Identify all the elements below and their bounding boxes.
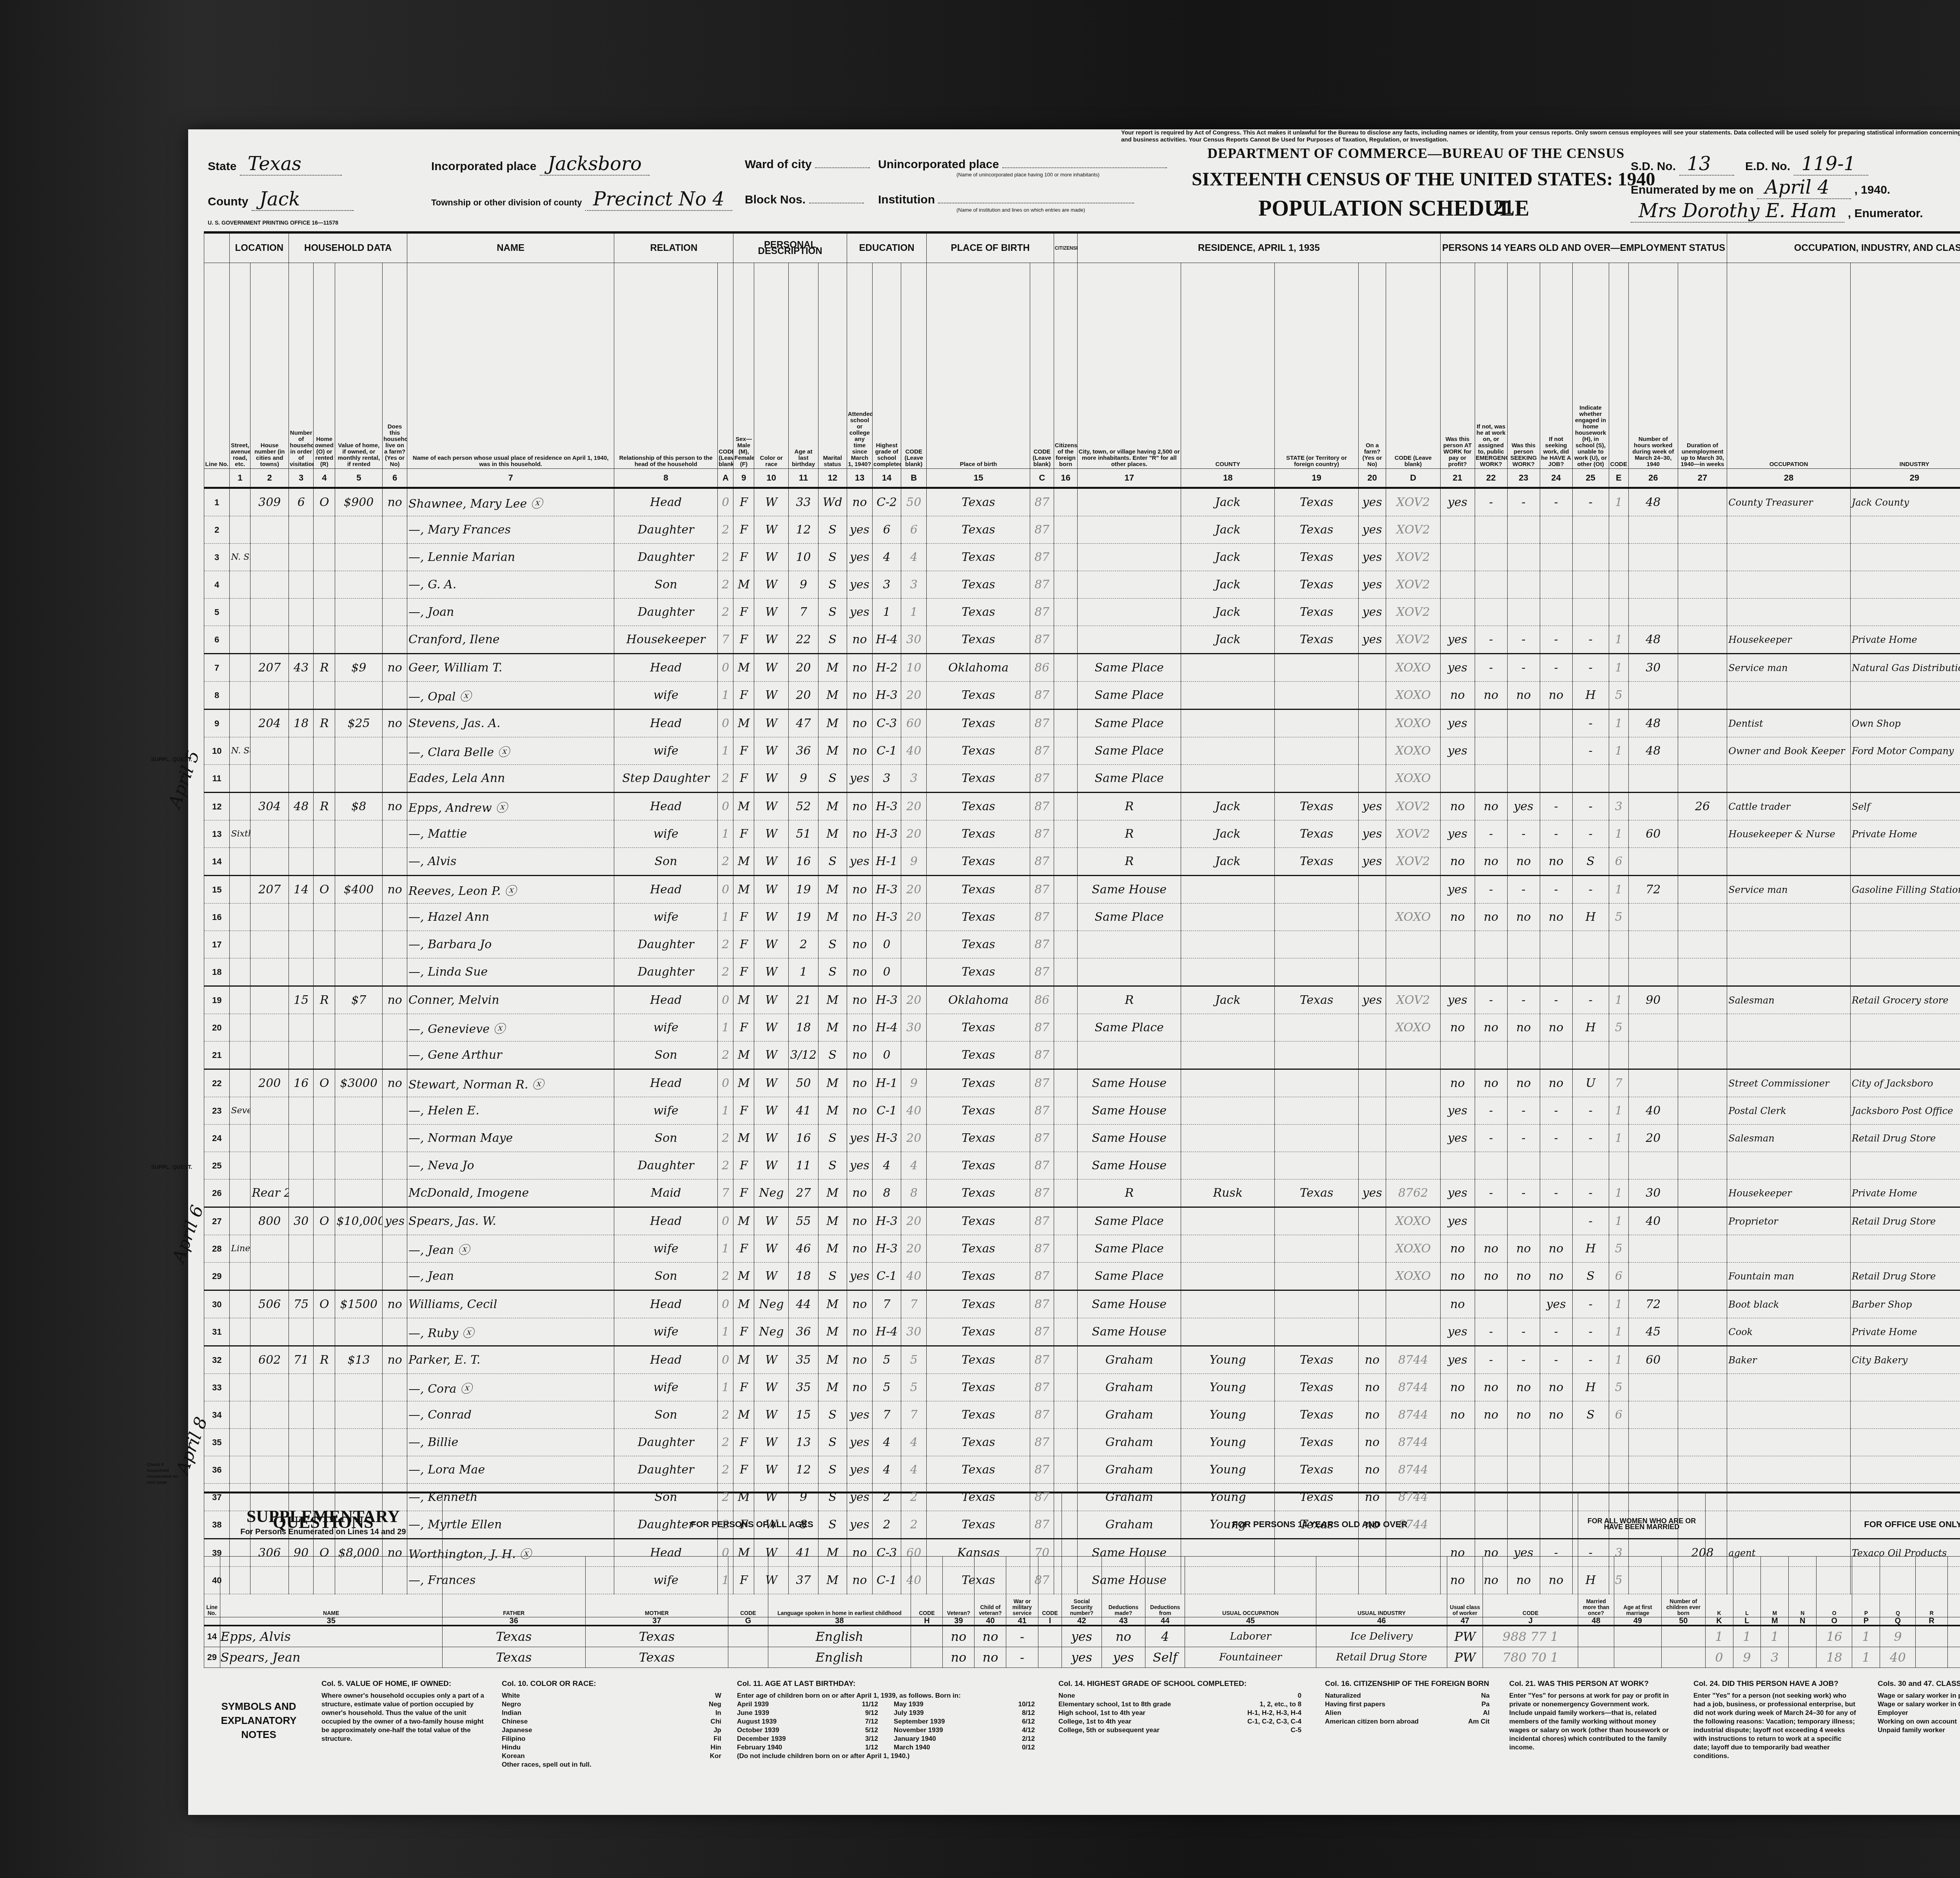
cell-name: —, Conrad bbox=[407, 1401, 614, 1429]
cell-mar: S bbox=[818, 1456, 847, 1484]
cell-grade: 0 bbox=[873, 958, 901, 986]
cell-birth: Texas bbox=[927, 848, 1030, 876]
column-header: INDUSTRY bbox=[1850, 263, 1960, 469]
cell-res-state bbox=[1275, 1069, 1359, 1097]
supp-cell-line: 14 bbox=[204, 1626, 220, 1647]
cell-name: —, Mattie bbox=[407, 820, 614, 848]
cell-b: 60 bbox=[901, 709, 927, 737]
cell-sex: F bbox=[733, 1235, 754, 1263]
supp-column-header: N bbox=[1789, 1557, 1817, 1617]
supp-column-number: 37 bbox=[585, 1617, 728, 1626]
cell-farm bbox=[383, 571, 407, 599]
cell-mar: S bbox=[818, 544, 847, 571]
cell-cit bbox=[1054, 654, 1077, 682]
cell-e: 1 bbox=[1609, 1318, 1628, 1346]
cell-occ: Salesman bbox=[1727, 1125, 1850, 1152]
cell-a: 1 bbox=[718, 904, 733, 931]
cell-res-farm bbox=[1358, 1097, 1386, 1125]
cell-c21 bbox=[1440, 765, 1475, 793]
cell-name: —, Linda Sue bbox=[407, 958, 614, 986]
supp-column-number: 45 bbox=[1185, 1617, 1316, 1626]
cell-b: 6 bbox=[901, 516, 927, 544]
cell-c23 bbox=[1507, 516, 1540, 544]
cell-value bbox=[335, 1014, 383, 1042]
cell-grade: H-4 bbox=[873, 626, 901, 654]
column-number: C bbox=[1030, 469, 1054, 488]
cell-c21: no bbox=[1440, 1401, 1475, 1429]
cell-e bbox=[1609, 599, 1628, 626]
cell-a: 2 bbox=[718, 544, 733, 571]
cell-own bbox=[314, 1179, 335, 1207]
cell-line: 28 bbox=[204, 1235, 230, 1263]
cell-grade: C-1 bbox=[873, 737, 901, 765]
cell-mar: M bbox=[818, 876, 847, 904]
column-header: Sex—Male (M), Female (F) bbox=[733, 263, 754, 469]
column-header: STATE (or Territory or foreign country) bbox=[1275, 263, 1359, 469]
cell-birth: Texas bbox=[927, 682, 1030, 709]
cell-sch: yes bbox=[847, 571, 872, 599]
cell-c: 87 bbox=[1030, 1263, 1054, 1290]
cell-e bbox=[1609, 931, 1628, 958]
cell-own: R bbox=[314, 709, 335, 737]
cell-b: 9 bbox=[901, 848, 927, 876]
cell-res-city bbox=[1078, 626, 1181, 654]
cell-c24: - bbox=[1540, 626, 1572, 654]
legend-item: November 19394/12 bbox=[894, 1726, 1035, 1735]
cell-hours: 20 bbox=[1628, 1125, 1678, 1152]
supp-cell-from: 4 bbox=[1145, 1626, 1185, 1647]
cell-value bbox=[335, 848, 383, 876]
cell-b: 20 bbox=[901, 904, 927, 931]
supp-column-header: War or military service bbox=[1006, 1557, 1038, 1617]
cell-d: XOXO bbox=[1386, 737, 1440, 765]
table-row: 2780030O$10,000yesSpears, Jas. W.Head0MW… bbox=[204, 1207, 1960, 1235]
cell-res-county bbox=[1181, 1152, 1275, 1179]
cell-b bbox=[901, 1042, 927, 1069]
cell-farm: no bbox=[383, 1290, 407, 1318]
cell-c25 bbox=[1572, 958, 1609, 986]
cell-unemp bbox=[1678, 986, 1727, 1014]
cell-sch: no bbox=[847, 1290, 872, 1318]
cell-res-farm bbox=[1358, 931, 1386, 958]
cell-c25: S bbox=[1572, 1401, 1609, 1429]
cell-a: 1 bbox=[718, 682, 733, 709]
cell-c21 bbox=[1440, 516, 1475, 544]
column-number: 19 bbox=[1275, 469, 1359, 488]
cell-cit bbox=[1054, 1152, 1077, 1179]
cell-race: W bbox=[754, 571, 789, 599]
cell-hh bbox=[289, 904, 314, 931]
cell-unemp bbox=[1678, 1290, 1727, 1318]
cell-grade: 0 bbox=[873, 931, 901, 958]
cell-c25: H bbox=[1572, 1014, 1609, 1042]
cell-farm bbox=[383, 765, 407, 793]
supp-column-number: 47 bbox=[1447, 1617, 1483, 1626]
cell-c25: - bbox=[1572, 1125, 1609, 1152]
cell-street bbox=[230, 1152, 250, 1179]
cell-line: 11 bbox=[204, 765, 230, 793]
column-number: 1 bbox=[230, 469, 250, 488]
cell-farm bbox=[383, 931, 407, 958]
cell-ind: Private Home bbox=[1850, 820, 1960, 848]
cell-c25 bbox=[1572, 599, 1609, 626]
cell-farm bbox=[383, 737, 407, 765]
cell-age: 41 bbox=[789, 1097, 818, 1125]
supp-column-header: P bbox=[1852, 1557, 1880, 1617]
supp-column-header: Deductions from bbox=[1145, 1557, 1185, 1617]
cell-unemp: 26 bbox=[1678, 793, 1727, 820]
cell-race: W bbox=[754, 682, 789, 709]
cell-age: 9 bbox=[789, 571, 818, 599]
cell-grade: 4 bbox=[873, 1456, 901, 1484]
cell-street bbox=[230, 848, 250, 876]
column-header: House number (in cities and towns) bbox=[250, 263, 289, 469]
cell-a: 7 bbox=[718, 626, 733, 654]
cell-c24 bbox=[1540, 599, 1572, 626]
cell-b: 20 bbox=[901, 682, 927, 709]
cell-c23 bbox=[1507, 1290, 1540, 1318]
cell-birth: Texas bbox=[927, 599, 1030, 626]
cell-res-city: R bbox=[1078, 848, 1181, 876]
cell-street bbox=[230, 1263, 250, 1290]
cell-house bbox=[250, 516, 289, 544]
cell-res-farm bbox=[1358, 1042, 1386, 1069]
cell-age: 44 bbox=[789, 1290, 818, 1318]
cell-house: 200 bbox=[250, 1069, 289, 1097]
supp-column-header: Deductions made? bbox=[1102, 1557, 1145, 1617]
cell-c23 bbox=[1507, 1429, 1540, 1456]
table-row: 28Line Oak—, Jean ⓧwife1FW46MnoH-320Texa… bbox=[204, 1235, 1960, 1263]
cell-own bbox=[314, 820, 335, 848]
cell-sex: F bbox=[733, 737, 754, 765]
column-number: 5 bbox=[335, 469, 383, 488]
cell-ind bbox=[1850, 1042, 1960, 1069]
cell-rel: Maid bbox=[614, 1179, 718, 1207]
cell-mar: M bbox=[818, 1290, 847, 1318]
cell-b: 4 bbox=[901, 1152, 927, 1179]
cell-mar: M bbox=[818, 1179, 847, 1207]
cell-b: 40 bbox=[901, 737, 927, 765]
supp-cell-mother: Texas bbox=[585, 1647, 728, 1668]
cell-house bbox=[250, 571, 289, 599]
legend-item: Unpaid family workerNP bbox=[1878, 1726, 1960, 1735]
cell-cit bbox=[1054, 709, 1077, 737]
sd-field: S.D. No. 13 E.D. No. 119-1 bbox=[1631, 153, 1868, 176]
supp-cell-lang: English bbox=[768, 1626, 911, 1647]
cell-line: 19 bbox=[204, 986, 230, 1014]
cell-ind: Retail Drug Store bbox=[1850, 1125, 1960, 1152]
cell-c22: no bbox=[1475, 1263, 1507, 1290]
cell-occ bbox=[1727, 1014, 1850, 1042]
cell-race: W bbox=[754, 1042, 789, 1069]
cell-c25 bbox=[1572, 1429, 1609, 1456]
cell-birth: Texas bbox=[927, 544, 1030, 571]
cell-c21: yes bbox=[1440, 1097, 1475, 1125]
legend-item: Elementary school, 1st to 8th grade1, 2,… bbox=[1058, 1700, 1301, 1709]
cell-age: 2 bbox=[789, 931, 818, 958]
cell-res-city: Same House bbox=[1078, 1318, 1181, 1346]
cell-unemp bbox=[1678, 682, 1727, 709]
cell-c22: - bbox=[1475, 1318, 1507, 1346]
column-number: 28 bbox=[1727, 469, 1850, 488]
supp-cell-i bbox=[1038, 1626, 1062, 1647]
cell-c23 bbox=[1507, 571, 1540, 599]
cell-res-city: R bbox=[1078, 1179, 1181, 1207]
cell-grade: 4 bbox=[873, 1429, 901, 1456]
cell-c23: no bbox=[1507, 682, 1540, 709]
cell-c24: no bbox=[1540, 904, 1572, 931]
cell-c21: yes bbox=[1440, 1179, 1475, 1207]
cell-value: $25 bbox=[335, 709, 383, 737]
cell-c24: no bbox=[1540, 848, 1572, 876]
supp-cell-o: 16 bbox=[1817, 1626, 1852, 1647]
cell-b: 3 bbox=[901, 765, 927, 793]
cell-c25: - bbox=[1572, 737, 1609, 765]
cell-c: 87 bbox=[1030, 958, 1054, 986]
cell-name: —, Mary Frances bbox=[407, 516, 614, 544]
cell-street bbox=[230, 1346, 250, 1374]
cell-c21: yes bbox=[1440, 626, 1475, 654]
cell-sch: yes bbox=[847, 599, 872, 626]
cell-name: Reeves, Leon P. ⓧ bbox=[407, 876, 614, 904]
cell-sex: F bbox=[733, 1097, 754, 1125]
cell-res-city bbox=[1078, 571, 1181, 599]
cell-unemp bbox=[1678, 1374, 1727, 1401]
cell-ind bbox=[1850, 544, 1960, 571]
cell-house bbox=[250, 1429, 289, 1456]
cell-name: McDonald, Imogene bbox=[407, 1179, 614, 1207]
cell-sex: M bbox=[733, 876, 754, 904]
cell-ind bbox=[1850, 1014, 1960, 1042]
cell-unemp bbox=[1678, 1014, 1727, 1042]
cell-res-city: Graham bbox=[1078, 1374, 1181, 1401]
cell-res-state bbox=[1275, 1042, 1359, 1069]
cell-line: 1 bbox=[204, 488, 230, 516]
cell-grade: 4 bbox=[873, 544, 901, 571]
cell-res-city: Same Place bbox=[1078, 1207, 1181, 1235]
cell-mar: M bbox=[818, 1235, 847, 1263]
cell-sex: F bbox=[733, 1429, 754, 1456]
cell-own bbox=[314, 1152, 335, 1179]
cell-house bbox=[250, 1042, 289, 1069]
department-title: DEPARTMENT OF COMMERCE—BUREAU OF THE CEN… bbox=[1207, 145, 1624, 161]
cell-house: 506 bbox=[250, 1290, 289, 1318]
cell-line: 2 bbox=[204, 516, 230, 544]
cell-c23 bbox=[1507, 1152, 1540, 1179]
cell-ind: Natural Gas Distribution bbox=[1850, 654, 1960, 682]
cell-c24 bbox=[1540, 1207, 1572, 1235]
cell-c22 bbox=[1475, 1290, 1507, 1318]
cell-line: 32 bbox=[204, 1346, 230, 1374]
cell-mar: S bbox=[818, 1125, 847, 1152]
legend-item: FilipinoFil bbox=[502, 1735, 721, 1743]
supp-cell-war: - bbox=[1006, 1647, 1038, 1668]
supp-cell-h bbox=[911, 1626, 943, 1647]
cell-house bbox=[250, 1125, 289, 1152]
enumerator-field: Mrs Dorothy E. Ham , Enumerator. bbox=[1631, 200, 1923, 223]
cell-hh bbox=[289, 1235, 314, 1263]
cell-sex: M bbox=[733, 1401, 754, 1429]
cell-line: 35 bbox=[204, 1429, 230, 1456]
cell-sex: F bbox=[733, 488, 754, 516]
cell-own bbox=[314, 1263, 335, 1290]
cell-race: W bbox=[754, 876, 789, 904]
cell-name: —, Opal ⓧ bbox=[407, 682, 614, 709]
table-row: 10N. Seventh—, Clara Belle ⓧwife1FW36Mno… bbox=[204, 737, 1960, 765]
cell-occ: Boot black bbox=[1727, 1290, 1850, 1318]
cell-res-state: Texas bbox=[1275, 1179, 1359, 1207]
cell-house: 309 bbox=[250, 488, 289, 516]
cell-occ: Housekeeper bbox=[1727, 626, 1850, 654]
cell-c25: - bbox=[1572, 1097, 1609, 1125]
cell-d bbox=[1386, 1152, 1440, 1179]
cell-name: Conner, Melvin bbox=[407, 986, 614, 1014]
cell-birth: Texas bbox=[927, 1346, 1030, 1374]
cell-mar: S bbox=[818, 1152, 847, 1179]
cell-sch: no bbox=[847, 904, 872, 931]
cell-occ bbox=[1727, 1152, 1850, 1179]
cell-farm bbox=[383, 1152, 407, 1179]
township-value: Precinct No 4 bbox=[585, 188, 732, 211]
cell-c21: no bbox=[1440, 1014, 1475, 1042]
group-location: LOCATION bbox=[230, 234, 289, 263]
cell-res-city: Same House bbox=[1078, 1290, 1181, 1318]
cell-unemp bbox=[1678, 737, 1727, 765]
cell-ind: Private Home bbox=[1850, 626, 1960, 654]
cell-age: 19 bbox=[789, 904, 818, 931]
group-education: EDUCATION bbox=[847, 234, 927, 263]
cell-line: 22 bbox=[204, 1069, 230, 1097]
cell-c: 87 bbox=[1030, 1207, 1054, 1235]
cell-c: 87 bbox=[1030, 1401, 1054, 1429]
cell-value: $7 bbox=[335, 986, 383, 1014]
table-row: 6Cranford, IleneHousekeeper7FW22SnoH-430… bbox=[204, 626, 1960, 654]
cell-hh: 16 bbox=[289, 1069, 314, 1097]
cell-ind bbox=[1850, 765, 1960, 793]
cell-sch: no bbox=[847, 1069, 872, 1097]
cell-c22: - bbox=[1475, 626, 1507, 654]
cell-hours bbox=[1628, 1456, 1678, 1484]
cell-hours: 72 bbox=[1628, 876, 1678, 904]
table-row: 8—, Opal ⓧwife1FW20MnoH-320Texas87Same P… bbox=[204, 682, 1960, 709]
cell-line: 18 bbox=[204, 958, 230, 986]
cell-value: $3000 bbox=[335, 1069, 383, 1097]
cell-value bbox=[335, 626, 383, 654]
cell-value: $1500 bbox=[335, 1290, 383, 1318]
cell-house bbox=[250, 1097, 289, 1125]
cell-c21: no bbox=[1440, 793, 1475, 820]
supp-cell-name: Spears, Jean bbox=[220, 1647, 442, 1668]
cell-res-county: Jack bbox=[1181, 516, 1275, 544]
cell-res-state bbox=[1275, 958, 1359, 986]
cell-birth: Texas bbox=[927, 904, 1030, 931]
cell-res-farm: yes bbox=[1358, 1179, 1386, 1207]
table-row: 13096O$900noShawnee, Mary Lee ⓧHead0FW33… bbox=[204, 488, 1960, 516]
cell-sex: F bbox=[733, 1179, 754, 1207]
cell-birth: Texas bbox=[927, 931, 1030, 958]
cell-e bbox=[1609, 765, 1628, 793]
cell-occ: Street Commissioner bbox=[1727, 1069, 1850, 1097]
cell-c24: - bbox=[1540, 1346, 1572, 1374]
cell-age: 7 bbox=[789, 599, 818, 626]
cell-house bbox=[250, 599, 289, 626]
cell-own bbox=[314, 1429, 335, 1456]
cell-c: 87 bbox=[1030, 488, 1054, 516]
cell-res-city: Graham bbox=[1078, 1456, 1181, 1484]
cell-a: 0 bbox=[718, 709, 733, 737]
cell-birth: Texas bbox=[927, 1014, 1030, 1042]
note-col5: Col. 5. VALUE OF HOME, IF OWNED: Where o… bbox=[321, 1680, 486, 1743]
cell-own: R bbox=[314, 986, 335, 1014]
cell-unemp bbox=[1678, 1401, 1727, 1429]
cell-sex: F bbox=[733, 958, 754, 986]
cell-c21: no bbox=[1440, 682, 1475, 709]
cell-res-county: Jack bbox=[1181, 544, 1275, 571]
column-header: CODE (Leave blank) bbox=[1386, 263, 1440, 469]
cell-res-state bbox=[1275, 709, 1359, 737]
cell-race: W bbox=[754, 848, 789, 876]
cell-grade: 1 bbox=[873, 599, 901, 626]
cell-age: 55 bbox=[789, 1207, 818, 1235]
cell-hh: 48 bbox=[289, 793, 314, 820]
cell-c22: - bbox=[1475, 820, 1507, 848]
supp-cell-h bbox=[911, 1647, 943, 1668]
table-row: 3260271R$13noParker, E. T.Head0MW35Mno55… bbox=[204, 1346, 1960, 1374]
cell-sex: F bbox=[733, 599, 754, 626]
cell-hh bbox=[289, 682, 314, 709]
cell-a: 2 bbox=[718, 516, 733, 544]
cell-rel: Head bbox=[614, 654, 718, 682]
cell-a: 0 bbox=[718, 1346, 733, 1374]
cell-c22: no bbox=[1475, 1014, 1507, 1042]
cell-name: —, Joan bbox=[407, 599, 614, 626]
cell-sex: F bbox=[733, 1014, 754, 1042]
cell-res-state bbox=[1275, 765, 1359, 793]
cell-e: 1 bbox=[1609, 1346, 1628, 1374]
cell-hh bbox=[289, 1374, 314, 1401]
cell-value bbox=[335, 1401, 383, 1429]
cell-rel: Daughter bbox=[614, 599, 718, 626]
cell-res-city: Same House bbox=[1078, 1097, 1181, 1125]
cell-c: 87 bbox=[1030, 1290, 1054, 1318]
supp-column-number: 35 bbox=[220, 1617, 442, 1626]
cell-sex: M bbox=[733, 571, 754, 599]
cell-farm: no bbox=[383, 654, 407, 682]
cell-res-state: Texas bbox=[1275, 1456, 1359, 1484]
cell-hh bbox=[289, 765, 314, 793]
cell-res-city: Same Place bbox=[1078, 904, 1181, 931]
cell-birth: Texas bbox=[927, 571, 1030, 599]
cell-c23 bbox=[1507, 1042, 1540, 1069]
cell-e bbox=[1609, 1456, 1628, 1484]
cell-rel: Head bbox=[614, 1290, 718, 1318]
supp-cell-q: 40 bbox=[1880, 1647, 1916, 1668]
cell-unemp bbox=[1678, 1263, 1727, 1290]
cell-e: 1 bbox=[1609, 1125, 1628, 1152]
column-number: 7 bbox=[407, 469, 614, 488]
cell-mar: M bbox=[818, 1014, 847, 1042]
cell-line: 14 bbox=[204, 848, 230, 876]
cell-c22 bbox=[1475, 1152, 1507, 1179]
cell-c24: no bbox=[1540, 682, 1572, 709]
cell-res-city bbox=[1078, 958, 1181, 986]
cell-d: XOXO bbox=[1386, 682, 1440, 709]
legend-item: NaturalizedNa bbox=[1325, 1691, 1490, 1700]
cell-grade: H-3 bbox=[873, 876, 901, 904]
group-all-ages: FOR PERSONS OF ALL AGES bbox=[442, 1492, 1062, 1557]
cell-occ: Baker bbox=[1727, 1346, 1850, 1374]
cell-race: Neg bbox=[754, 1318, 789, 1346]
